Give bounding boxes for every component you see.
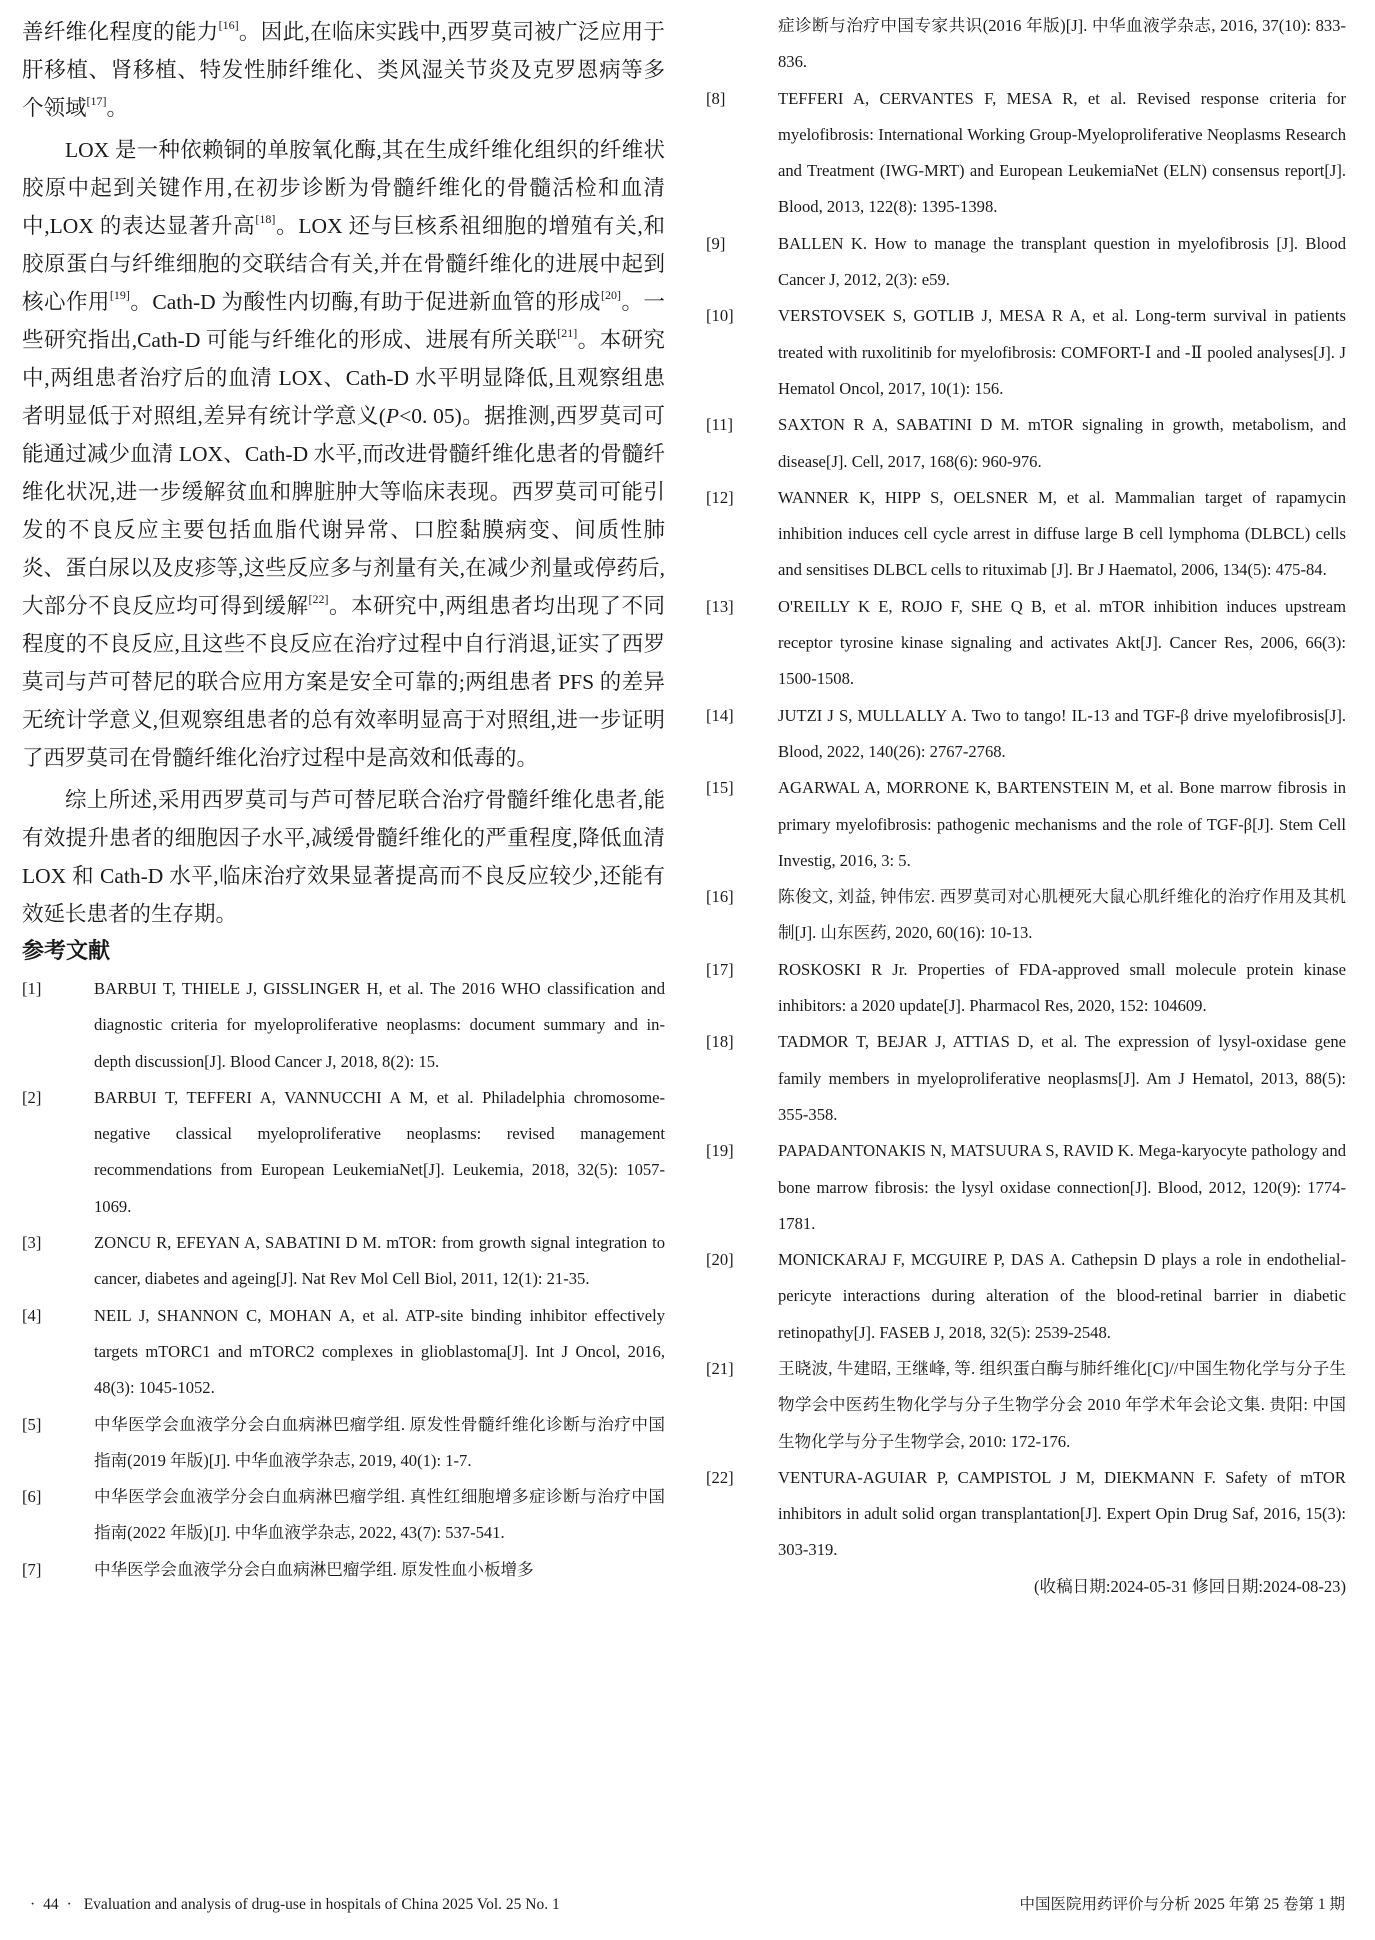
reference-item: [1]BARBUI T, THIELE J, GISSLINGER H, et … — [22, 971, 665, 1080]
references-heading: 参考文献 — [22, 935, 665, 969]
reference-text: 王晓波, 牛建昭, 王继峰, 等. 组织蛋白酶与肺纤维化[C]//中国生物化学与… — [778, 1351, 1346, 1460]
reference-number: [3] — [22, 1225, 94, 1298]
reference-text: 陈俊文, 刘益, 钟伟宏. 西罗莫司对心肌梗死大鼠心肌纤维化的治疗作用及其机制[… — [778, 879, 1346, 952]
reference-text: ROSKOSKI R Jr. Properties of FDA-approve… — [778, 952, 1346, 1025]
reference-text: 中华医学会血液学分会白血病淋巴瘤学组. 原发性骨髓纤维化诊断与治疗中国指南(20… — [94, 1407, 665, 1480]
right-column: 症诊断与治疗中国专家共识(2016 年版)[J]. 中华血液学杂志, 2016,… — [706, 0, 1346, 1605]
reference-item: [5]中华医学会血液学分会白血病淋巴瘤学组. 原发性骨髓纤维化诊断与治疗中国指南… — [22, 1407, 665, 1480]
reference-7-continuation: 症诊断与治疗中国专家共识(2016 年版)[J]. 中华血液学杂志, 2016,… — [778, 8, 1346, 81]
reference-number: [7] — [22, 1552, 94, 1588]
reference-number: [9] — [706, 226, 778, 299]
reference-item: [9]BALLEN K. How to manage the transplan… — [706, 226, 1346, 299]
reference-item: [2]BARBUI T, TEFFERI A, VANNUCCHI A M, e… — [22, 1080, 665, 1225]
reference-number: [13] — [706, 589, 778, 698]
citation-marker[interactable]: [22] — [309, 592, 329, 606]
body-paragraph: LOX 是一种依赖铜的单胺氧化酶,其在生成纤维化组织的纤维状胶原中起到关键作用,… — [22, 131, 665, 777]
citation-marker[interactable]: [18] — [255, 212, 275, 226]
bullet-dot: · — [22, 1896, 43, 1913]
reference-item: [17]ROSKOSKI R Jr. Properties of FDA-app… — [706, 952, 1346, 1025]
reference-text: MONICKARAJ F, MCGUIRE P, DAS A. Cathepsi… — [778, 1242, 1346, 1351]
article-body: 善纤维化程度的能力[16]。因此,在临床实践中,西罗莫司被广泛应用于肝移植、肾移… — [22, 13, 665, 933]
reference-item: [11]SAXTON R A, SABATINI D M. mTOR signa… — [706, 407, 1346, 480]
reference-number: [21] — [706, 1351, 778, 1460]
reference-number: [18] — [706, 1024, 778, 1133]
reference-item: [4]NEIL J, SHANNON C, MOHAN A, et al. AT… — [22, 1298, 665, 1407]
reference-item: [14]JUTZI J S, MULLALLY A. Two to tango!… — [706, 698, 1346, 771]
reference-number: [14] — [706, 698, 778, 771]
text-run: 综上所述,采用西罗莫司与芦可替尼联合治疗骨髓纤维化患者,能有效提升患者的细胞因子… — [22, 788, 665, 926]
reference-item: [12]WANNER K, HIPP S, OELSNER M, et al. … — [706, 480, 1346, 589]
reference-item: [21]王晓波, 牛建昭, 王继峰, 等. 组织蛋白酶与肺纤维化[C]//中国生… — [706, 1351, 1346, 1460]
references-list-right: [8]TEFFERI A, CERVANTES F, MESA R, et al… — [706, 81, 1346, 1569]
footer-left: ·44· Evaluation and analysis of drug-use… — [22, 1890, 560, 1920]
citation-marker[interactable]: [17] — [87, 94, 107, 108]
body-paragraph: 综上所述,采用西罗莫司与芦可替尼联合治疗骨髓纤维化患者,能有效提升患者的细胞因子… — [22, 781, 665, 933]
reference-text: 中华医学会血液学分会白血病淋巴瘤学组. 真性红细胞增多症诊断与治疗中国指南(20… — [94, 1479, 665, 1552]
page-footer: ·44· Evaluation and analysis of drug-use… — [0, 1890, 1375, 1920]
reference-item: [7]中华医学会血液学分会白血病淋巴瘤学组. 原发性血小板增多 — [22, 1552, 665, 1588]
text-run: 善纤维化程度的能力 — [22, 20, 219, 44]
reference-text: BARBUI T, TEFFERI A, VANNUCCHI A M, et a… — [94, 1080, 665, 1225]
reference-text: VENTURA-AGUIAR P, CAMPISTOL J M, DIEKMAN… — [778, 1460, 1346, 1569]
citation-marker[interactable]: [16] — [219, 18, 239, 32]
reference-number: [15] — [706, 770, 778, 879]
reference-text: TADMOR T, BEJAR J, ATTIAS D, et al. The … — [778, 1024, 1346, 1133]
reference-text: NEIL J, SHANNON C, MOHAN A, et al. ATP-s… — [94, 1298, 665, 1407]
reference-number: [5] — [22, 1407, 94, 1480]
received-date-note: (收稿日期:2024-05-31 修回日期:2024-08-23) — [706, 1569, 1346, 1605]
reference-text: BARBUI T, THIELE J, GISSLINGER H, et al.… — [94, 971, 665, 1080]
reference-item: [8]TEFFERI A, CERVANTES F, MESA R, et al… — [706, 81, 1346, 226]
reference-item: [10]VERSTOVSEK S, GOTLIB J, MESA R A, et… — [706, 298, 1346, 407]
reference-text: VERSTOVSEK S, GOTLIB J, MESA R A, et al.… — [778, 298, 1346, 407]
reference-text: TEFFERI A, CERVANTES F, MESA R, et al. R… — [778, 81, 1346, 226]
reference-number: [2] — [22, 1080, 94, 1225]
reference-number: [8] — [706, 81, 778, 226]
citation-marker[interactable]: [19] — [110, 288, 130, 302]
reference-number: [19] — [706, 1133, 778, 1242]
reference-item: [16]陈俊文, 刘益, 钟伟宏. 西罗莫司对心肌梗死大鼠心肌纤维化的治疗作用及… — [706, 879, 1346, 952]
reference-item: [19]PAPADANTONAKIS N, MATSUURA S, RAVID … — [706, 1133, 1346, 1242]
reference-number: [4] — [22, 1298, 94, 1407]
left-column: 善纤维化程度的能力[16]。因此,在临床实践中,西罗莫司被广泛应用于肝移植、肾移… — [22, 0, 665, 1588]
reference-item: [22]VENTURA-AGUIAR P, CAMPISTOL J M, DIE… — [706, 1460, 1346, 1569]
text-run: 。本研究中,两组患者均出现了不同程度的不良反应,且这些不良反应在治疗过程中自行消… — [22, 594, 665, 770]
reference-item: [6]中华医学会血液学分会白血病淋巴瘤学组. 真性红细胞增多症诊断与治疗中国指南… — [22, 1479, 665, 1552]
reference-text: WANNER K, HIPP S, OELSNER M, et al. Mamm… — [778, 480, 1346, 589]
bullet-dot: · — [59, 1896, 80, 1913]
reference-item: [3]ZONCU R, EFEYAN A, SABATINI D M. mTOR… — [22, 1225, 665, 1298]
body-paragraph: 善纤维化程度的能力[16]。因此,在临床实践中,西罗莫司被广泛应用于肝移植、肾移… — [22, 13, 665, 127]
text-run: <0. 05)。据推测,西罗莫司可能通过减少血清 LOX、Cath-D 水平,而… — [22, 404, 665, 618]
reference-text: BALLEN K. How to manage the transplant q… — [778, 226, 1346, 299]
reference-text: PAPADANTONAKIS N, MATSUURA S, RAVID K. M… — [778, 1133, 1346, 1242]
reference-item: [20]MONICKARAJ F, MCGUIRE P, DAS A. Cath… — [706, 1242, 1346, 1351]
reference-number: [6] — [22, 1479, 94, 1552]
reference-item: [13]O'REILLY K E, ROJO F, SHE Q B, et al… — [706, 589, 1346, 698]
journal-name-chinese: 中国医院用药评价与分析 2025 年第 25 卷第 1 期 — [1019, 1890, 1345, 1920]
citation-marker[interactable]: [21] — [557, 326, 577, 340]
reference-number: [10] — [706, 298, 778, 407]
reference-text: ZONCU R, EFEYAN A, SABATINI D M. mTOR: f… — [94, 1225, 665, 1298]
reference-text: O'REILLY K E, ROJO F, SHE Q B, et al. mT… — [778, 589, 1346, 698]
italic-symbol: P — [386, 404, 399, 428]
reference-item: [15]AGARWAL A, MORRONE K, BARTENSTEIN M,… — [706, 770, 1346, 879]
reference-text: JUTZI J S, MULLALLY A. Two to tango! IL-… — [778, 698, 1346, 771]
reference-text: 中华医学会血液学分会白血病淋巴瘤学组. 原发性血小板增多 — [94, 1552, 665, 1588]
reference-number: [11] — [706, 407, 778, 480]
reference-text: AGARWAL A, MORRONE K, BARTENSTEIN M, et … — [778, 770, 1346, 879]
text-run: 。 — [107, 96, 129, 120]
reference-text: SAXTON R A, SABATINI D M. mTOR signaling… — [778, 407, 1346, 480]
reference-number: [17] — [706, 952, 778, 1025]
journal-name-english: Evaluation and analysis of drug-use in h… — [84, 1896, 560, 1913]
page-number: 44 — [43, 1896, 59, 1913]
reference-number: [16] — [706, 879, 778, 952]
text-run: 。Cath-D 为酸性内切酶,有助于促进新血管的形成 — [130, 290, 601, 314]
reference-number: [22] — [706, 1460, 778, 1569]
citation-marker[interactable]: [20] — [601, 288, 621, 302]
reference-number: [12] — [706, 480, 778, 589]
reference-item: [18]TADMOR T, BEJAR J, ATTIAS D, et al. … — [706, 1024, 1346, 1133]
reference-number: [1] — [22, 971, 94, 1080]
references-list-left: [1]BARBUI T, THIELE J, GISSLINGER H, et … — [22, 971, 665, 1588]
reference-number: [20] — [706, 1242, 778, 1351]
